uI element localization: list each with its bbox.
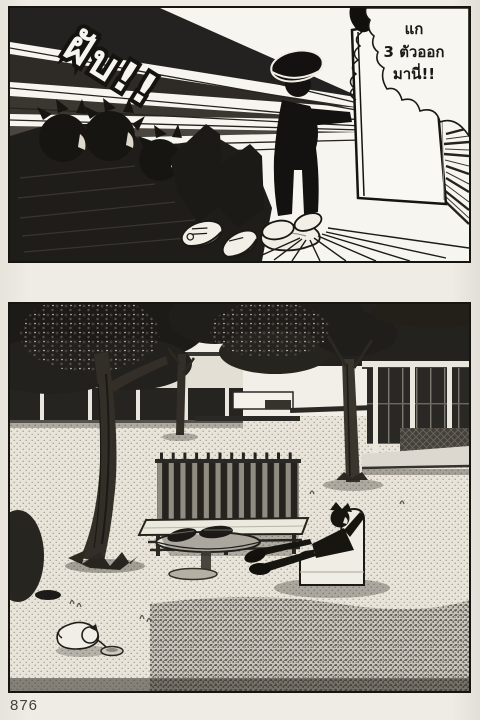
speech-line-3: มานี่!!	[362, 63, 466, 86]
panel-courtyard	[8, 302, 471, 693]
panel2-artwork	[10, 304, 469, 691]
manga-page: แก 3 ตัวออก มานี่!! ฝับ!!	[0, 0, 480, 720]
speech-bubble-text: แก 3 ตัวออก มานี่!!	[362, 18, 466, 86]
speech-line-1: แก	[362, 18, 466, 41]
speech-line-2: 3 ตัวออก	[362, 41, 466, 64]
page-number: 876	[10, 697, 38, 714]
